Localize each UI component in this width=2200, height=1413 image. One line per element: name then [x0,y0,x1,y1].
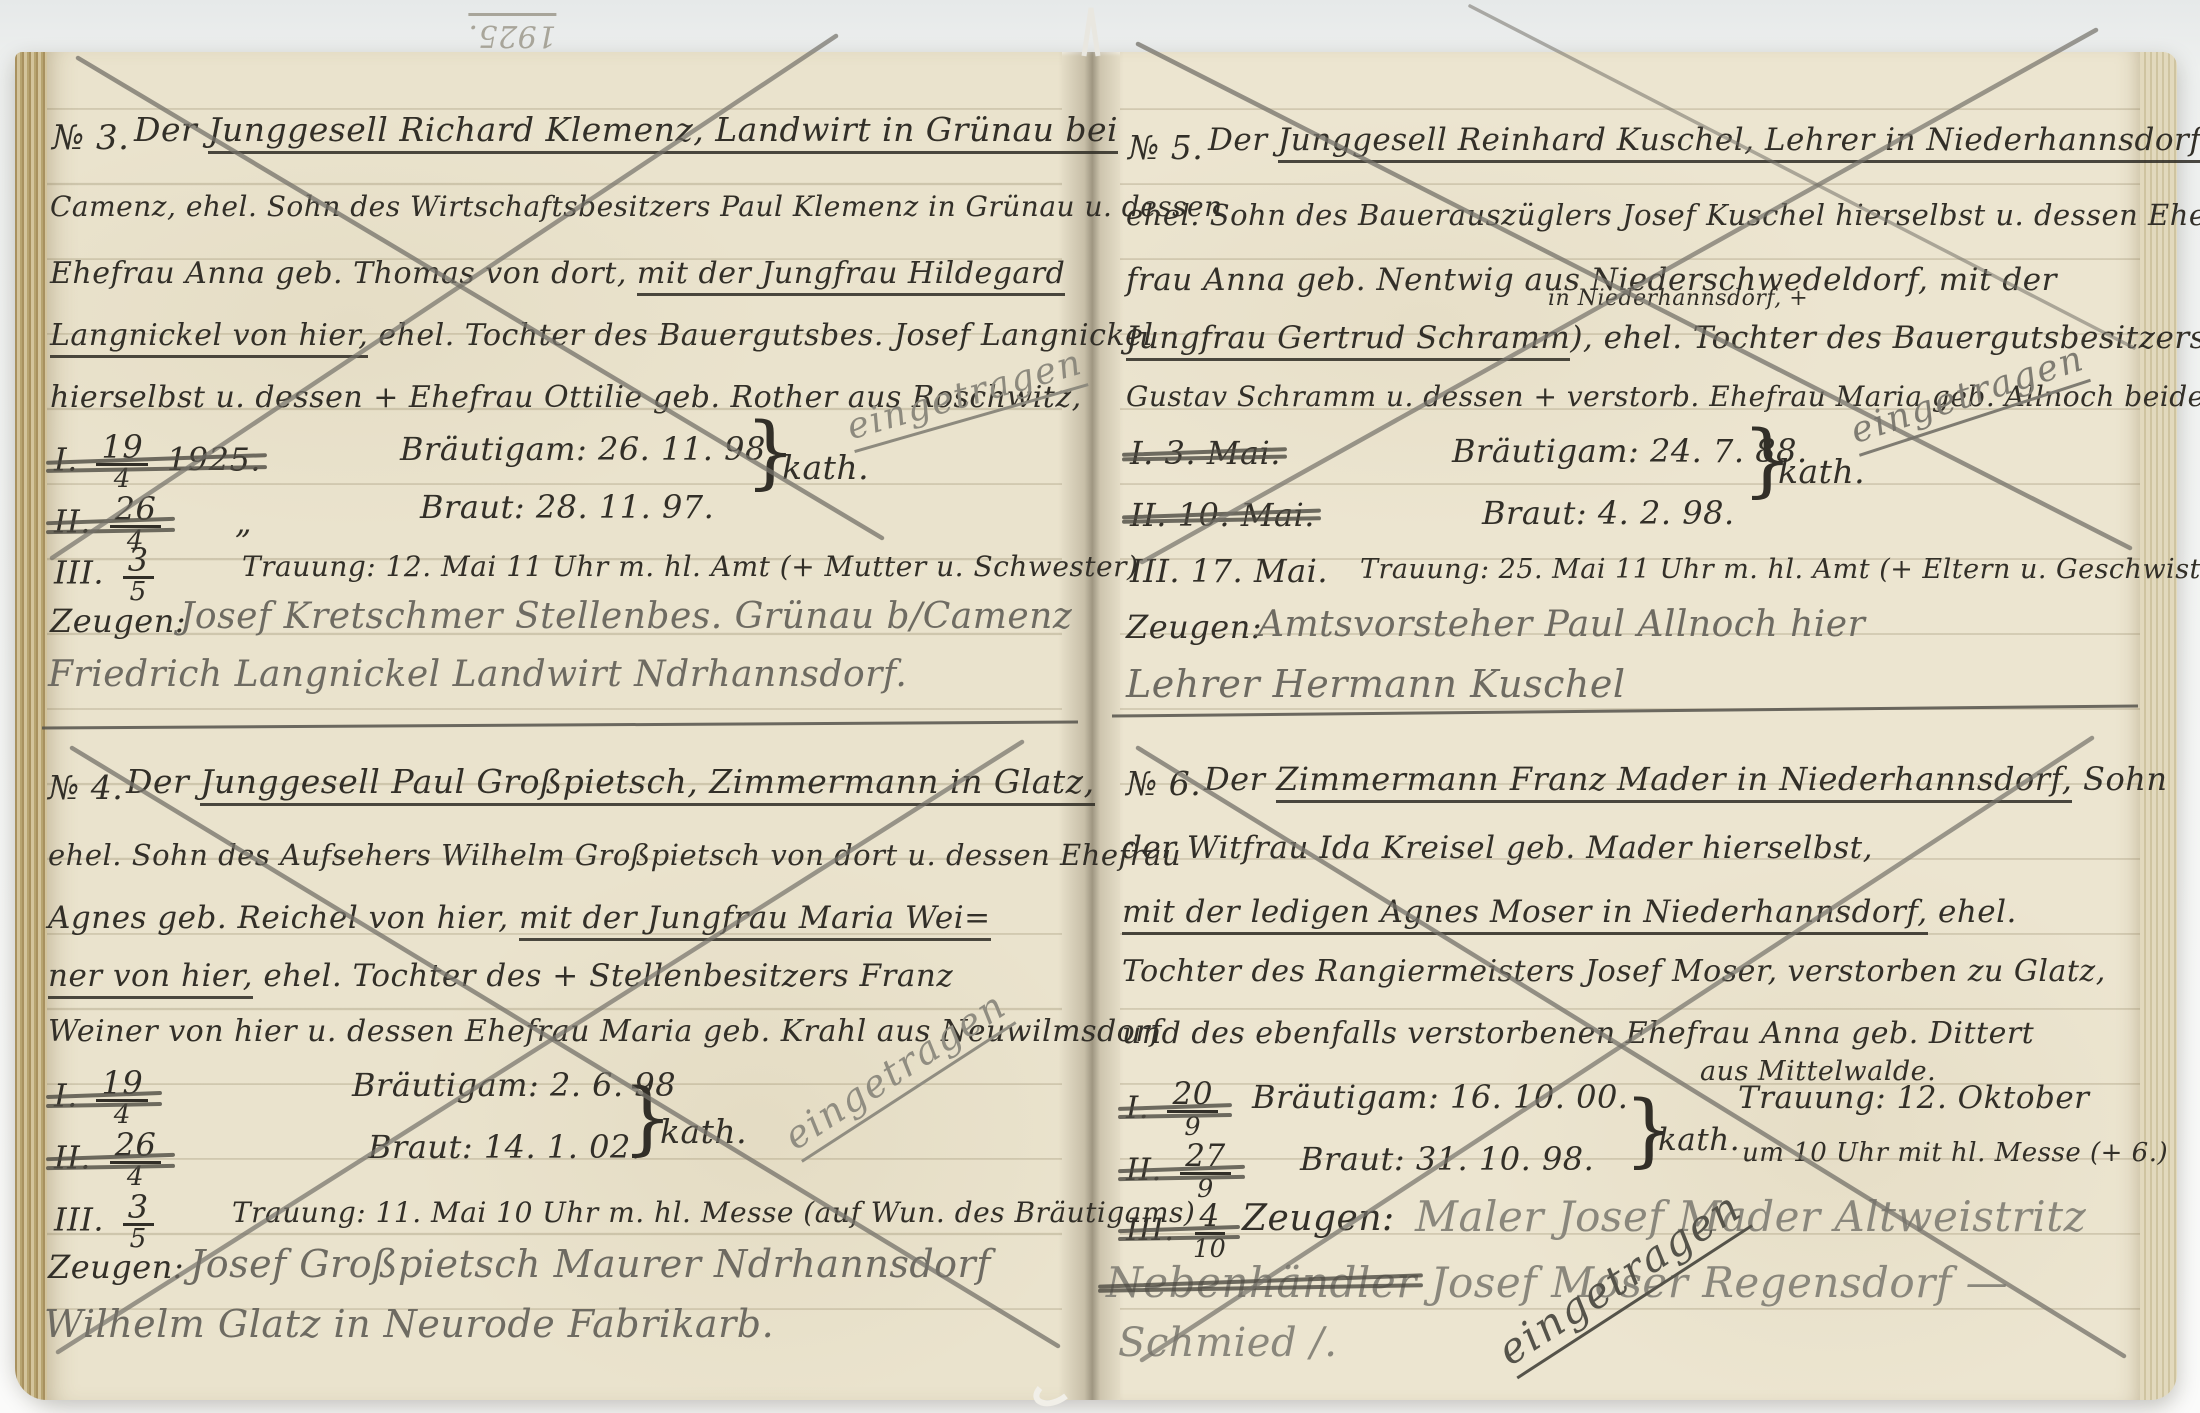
entry5-groom-name-underlined: Junggesell Reinhard Kuschel, Lehrer in N… [1278,122,2200,163]
frac-num: 4 [1195,1202,1225,1235]
entry5-insertion-above-line: in Niederhannsdorf, + [1548,286,1808,311]
entry5-line4-plain: ), ehel. Tochter des Bauergutsbesitzers [1570,320,2200,356]
entry5-banns3: III. 17. Mai. [1130,552,1328,590]
entry3-witness-2: Friedrich Langnickel Landwirt Ndrhannsdo… [48,654,907,695]
entry3-line4: Langnickel von hier, ehel. Tochter des B… [50,318,1153,353]
entry5-banns1: I. 3. Mai. [1130,434,1281,472]
frac-den: 4 [114,1102,131,1128]
entry6-banns2: II. 279 [1126,1142,1239,1201]
frac-num: 27 [1180,1142,1230,1175]
entry3-bride-birthdate: Braut: 28. 11. 97. [420,488,714,526]
entry3-banns2-roman: II. [54,503,91,541]
entry3-line2: Camenz, ehel. Sohn des Wirtschaftsbesitz… [50,190,1223,223]
entry5-witness-1: Amtsvorsteher Paul Allnoch hier [1258,604,1865,645]
entry5-banns2-roman: II. [1130,496,1167,534]
frac-den: 9 [1184,1113,1201,1138]
entry3-religion: kath. [782,448,869,487]
entry4-line4-plain: ehel. Tochter des + Stellenbesitzers Fra… [253,958,953,994]
frac-num: 19 [96,1068,148,1102]
entry6-witnesses-label: Zeugen: [1242,1198,1395,1239]
frac-den: 4 [127,1164,144,1190]
entry3-number: № 3. [52,118,129,158]
entry3-ditto-mark: „ [235,503,252,541]
entry3-groom-name-underlined: Junggesell Richard Klemenz, Landwirt in … [208,110,1118,154]
entry5-banns1-roman: I. [1130,434,1154,472]
entry6-line1: Der Zimmermann Franz Mader in Niederhann… [1204,760,2167,798]
entry6-bride-name-underlined: mit der ledigen Agnes Moser in Niederhan… [1122,894,1928,935]
entry4-groom-name-underlined: Junggesell Paul Großpietsch, Zimmermann … [200,762,1094,806]
entry3-banns1-fraction: 194 [96,432,148,492]
entry3-banns1-year: 1925. [167,441,261,479]
entry6-line4: Tochter des Rangiermeisters Josef Moser,… [1122,954,2106,989]
entry6-line2: der Witfrau Ida Kreisel geb. Mader hiers… [1122,830,1873,866]
entry6-groom-name-underlined: Zimmermann Franz Mader in Niederhannsdor… [1276,760,2072,803]
entry4-banns1-roman: I. [54,1077,78,1115]
entry6-number: № 6. [1126,764,1201,803]
entry4-witnesses-label: Zeugen: [48,1248,184,1286]
entry5-witness-2: Lehrer Hermann Kuschel [1126,662,1626,706]
entry4-banns2: II. 264 [54,1130,169,1190]
entry5-banns2-date: 10. Mai. [1178,496,1315,534]
entry5-line2: ehel. Sohn des Bauerauszüglers Josef Kus… [1126,198,2200,232]
entry3-witnesses-label: Zeugen: [50,602,186,640]
entry4-banns2-date-struck: II. 264 [54,1130,169,1190]
entry3-banns1-roman: I. [54,441,78,479]
entry4-line4: ner von hier, ehel. Tochter des + Stelle… [48,958,953,994]
entry5-bride-birthdate: Braut: 4. 2. 98. [1482,494,1735,532]
entry6-wedding-time: um 10 Uhr mit hl. Messe (+ 6.) [1742,1138,2168,1168]
entry3-banns1-date-struck: I. 194 1925. [54,432,261,492]
frac-num: 20 [1167,1080,1217,1113]
entry5-religion: kath. [1778,452,1865,491]
entry6-witness-3: Schmied /. [1118,1320,1337,1366]
entry4-bride-name-underlined: mit der Jungfrau Maria Wei= [519,900,991,941]
entry4-witness-1: Josef Großpietsch Maurer Ndrhannsdorf [190,1242,991,1286]
entry5-line1-plain: Der [1208,122,1278,158]
entry4-line3: Agnes geb. Reichel von hier, mit der Jun… [48,900,991,936]
entry6-religion: kath. [1658,1122,1740,1158]
entry3-line1-plain: Der [134,110,208,149]
entry5-banns1-date: 3. Mai. [1164,434,1280,472]
entry5-banns3-roman: III. [1130,552,1180,590]
entry4-banns2-roman: II. [54,1139,91,1177]
entry6-line3-tail: ehel. [1928,894,2017,930]
year-label-text: 1925. [468,13,556,53]
entry3-groom-birthdate: Bräutigam: 26. 11. 98. [400,430,776,468]
entry4-line2: ehel. Sohn des Aufsehers Wilhelm Großpie… [48,838,1181,872]
binding-thread-top [1084,8,1098,56]
entry6-line1-tail: Sohn [2072,760,2167,798]
entry6-witness2-rest: Josef Moser Regensdorf — [1417,1258,2008,1307]
entry4-line3-plain: Agnes geb. Reichel von hier, [48,900,519,936]
entry6-line5: und des ebenfalls verstorbenen Ehefrau A… [1122,1016,2034,1051]
entry6-banns1: I. 209 [1126,1080,1226,1139]
entry5-banns2: II. 10. Mai. [1130,496,1315,534]
entry6-banns3-roman: III. [1126,1212,1175,1248]
entry3-banns3: III. 35 [54,545,162,605]
entry4-banns2-fraction: 264 [110,1130,162,1190]
entry6-line1-plain: Der [1204,760,1276,798]
entry5-banns3-date: 17. Mai. [1191,552,1328,590]
entry3-bride-name-underlined: mit der Jungfrau Hildegard [637,256,1065,296]
entry6-wedding-date: Trauung: 12. Oktober [1738,1080,2090,1116]
entry6-witness2-struck-word: Nebenhändler [1106,1258,1417,1307]
entry4-bride-birthdate: Braut: 14. 1. 02. [368,1128,641,1166]
frac-num: 26 [110,494,162,528]
entry5-witnesses-label: Zeugen: [1126,608,1262,646]
entry6-banns2-date-struck: II. 279 [1126,1142,1239,1201]
entry5-banns1-date-struck: I. 3. Mai. [1130,434,1281,472]
entry6-banns3-date-struck: III. 410 [1126,1202,1234,1261]
frac-den: 4 [114,466,131,492]
entry3-line4-plain: ehel. Tochter des Bauergutsbes. Josef La… [368,318,1153,353]
entry3-banns1: I. 194 1925. [54,432,261,492]
entry5-line1: Der Junggesell Reinhard Kuschel, Lehrer … [1208,122,2200,158]
entry4-banns3-roman: III. [54,1201,104,1239]
entry4-banns3-fraction: 35 [123,1192,154,1252]
entry4-line1-plain: Der [126,762,200,801]
book-page-stack-right [2140,52,2177,1400]
entry3-wedding-info: Trauung: 12. Mai 11 Uhr m. hl. Amt (+ Mu… [242,550,1138,583]
entry6-banns1-date-struck: I. 209 [1126,1080,1226,1139]
entry5-bride-name-underlined: Jungfrau Gertrud Schramm [1126,320,1570,361]
entry3-line1: Der Junggesell Richard Klemenz, Landwirt… [134,110,1118,149]
entry6-banns3: III. 410 [1126,1202,1234,1261]
frac-num: 26 [110,1130,162,1164]
entry5-wedding-info: Trauung: 25. Mai 11 Uhr m. hl. Amt (+ El… [1360,554,2200,585]
entry3-banns3-fraction: 35 [123,545,154,605]
entry6-banns1-roman: I. [1126,1090,1149,1126]
entry6-groom-birthdate: Bräutigam: 16. 10. 00. [1252,1078,1628,1116]
entry4-banns1: I. 194 [54,1068,156,1128]
frac-den: 10 [1193,1235,1226,1260]
entry4-bride-origin-underlined: ner von hier, [48,958,253,999]
entry3-line3: Ehefrau Anna geb. Thomas von dort, mit d… [50,256,1065,291]
entry6-banns3-fraction: 410 [1193,1202,1226,1261]
entry3-line3-plain: Ehefrau Anna geb. Thomas von dort, [50,256,637,291]
entry4-witness-2: Wilhelm Glatz in Neurode Fabrikarb. [44,1302,774,1346]
book-page-stack-left [15,52,47,1400]
entry6-banns1-fraction: 209 [1167,1080,1217,1139]
entry4-banns3: III. 35 [54,1192,162,1252]
entry3-witness-1: Josef Kretschmer Stellenbes. Grünau b/Ca… [180,596,1072,637]
entry4-banns1-date-struck: I. 194 [54,1068,156,1128]
frac-num: 3 [123,1192,154,1226]
entry4-number: № 4. [48,768,123,807]
entry6-banns2-roman: II. [1126,1152,1162,1188]
register-scan: 1925. № 3. Der Junggesell Richard Klemen… [0,0,2200,1413]
entry5-number: № 5. [1128,128,1203,167]
entry6-bride-birthdate: Braut: 31. 10. 98. [1300,1140,1594,1178]
entry6-banns2-fraction: 279 [1180,1142,1230,1201]
year-label-upside-down: 1925. [468,18,556,53]
frac-num: 19 [96,432,148,466]
entry4-banns1-fraction: 194 [96,1068,148,1128]
entry6-line3: mit der ledigen Agnes Moser in Niederhan… [1122,894,2017,930]
entry4-wedding-info: Trauung: 11. Mai 10 Uhr m. hl. Messe (au… [232,1196,1195,1229]
entry4-line1: Der Junggesell Paul Großpietsch, Zimmerm… [126,762,1095,801]
frac-num: 3 [123,545,154,579]
entry3-banns3-roman: III. [54,554,104,592]
entry6-witness-1: Maler Josef Mader Altweistritz [1415,1192,2086,1241]
entry5-banns2-date-struck: II. 10. Mai. [1130,496,1315,534]
entry3-bride-origin-underlined: Langnickel von hier, [50,318,368,358]
frac-den: 9 [1197,1175,1214,1200]
entry4-religion: kath. [660,1112,747,1151]
